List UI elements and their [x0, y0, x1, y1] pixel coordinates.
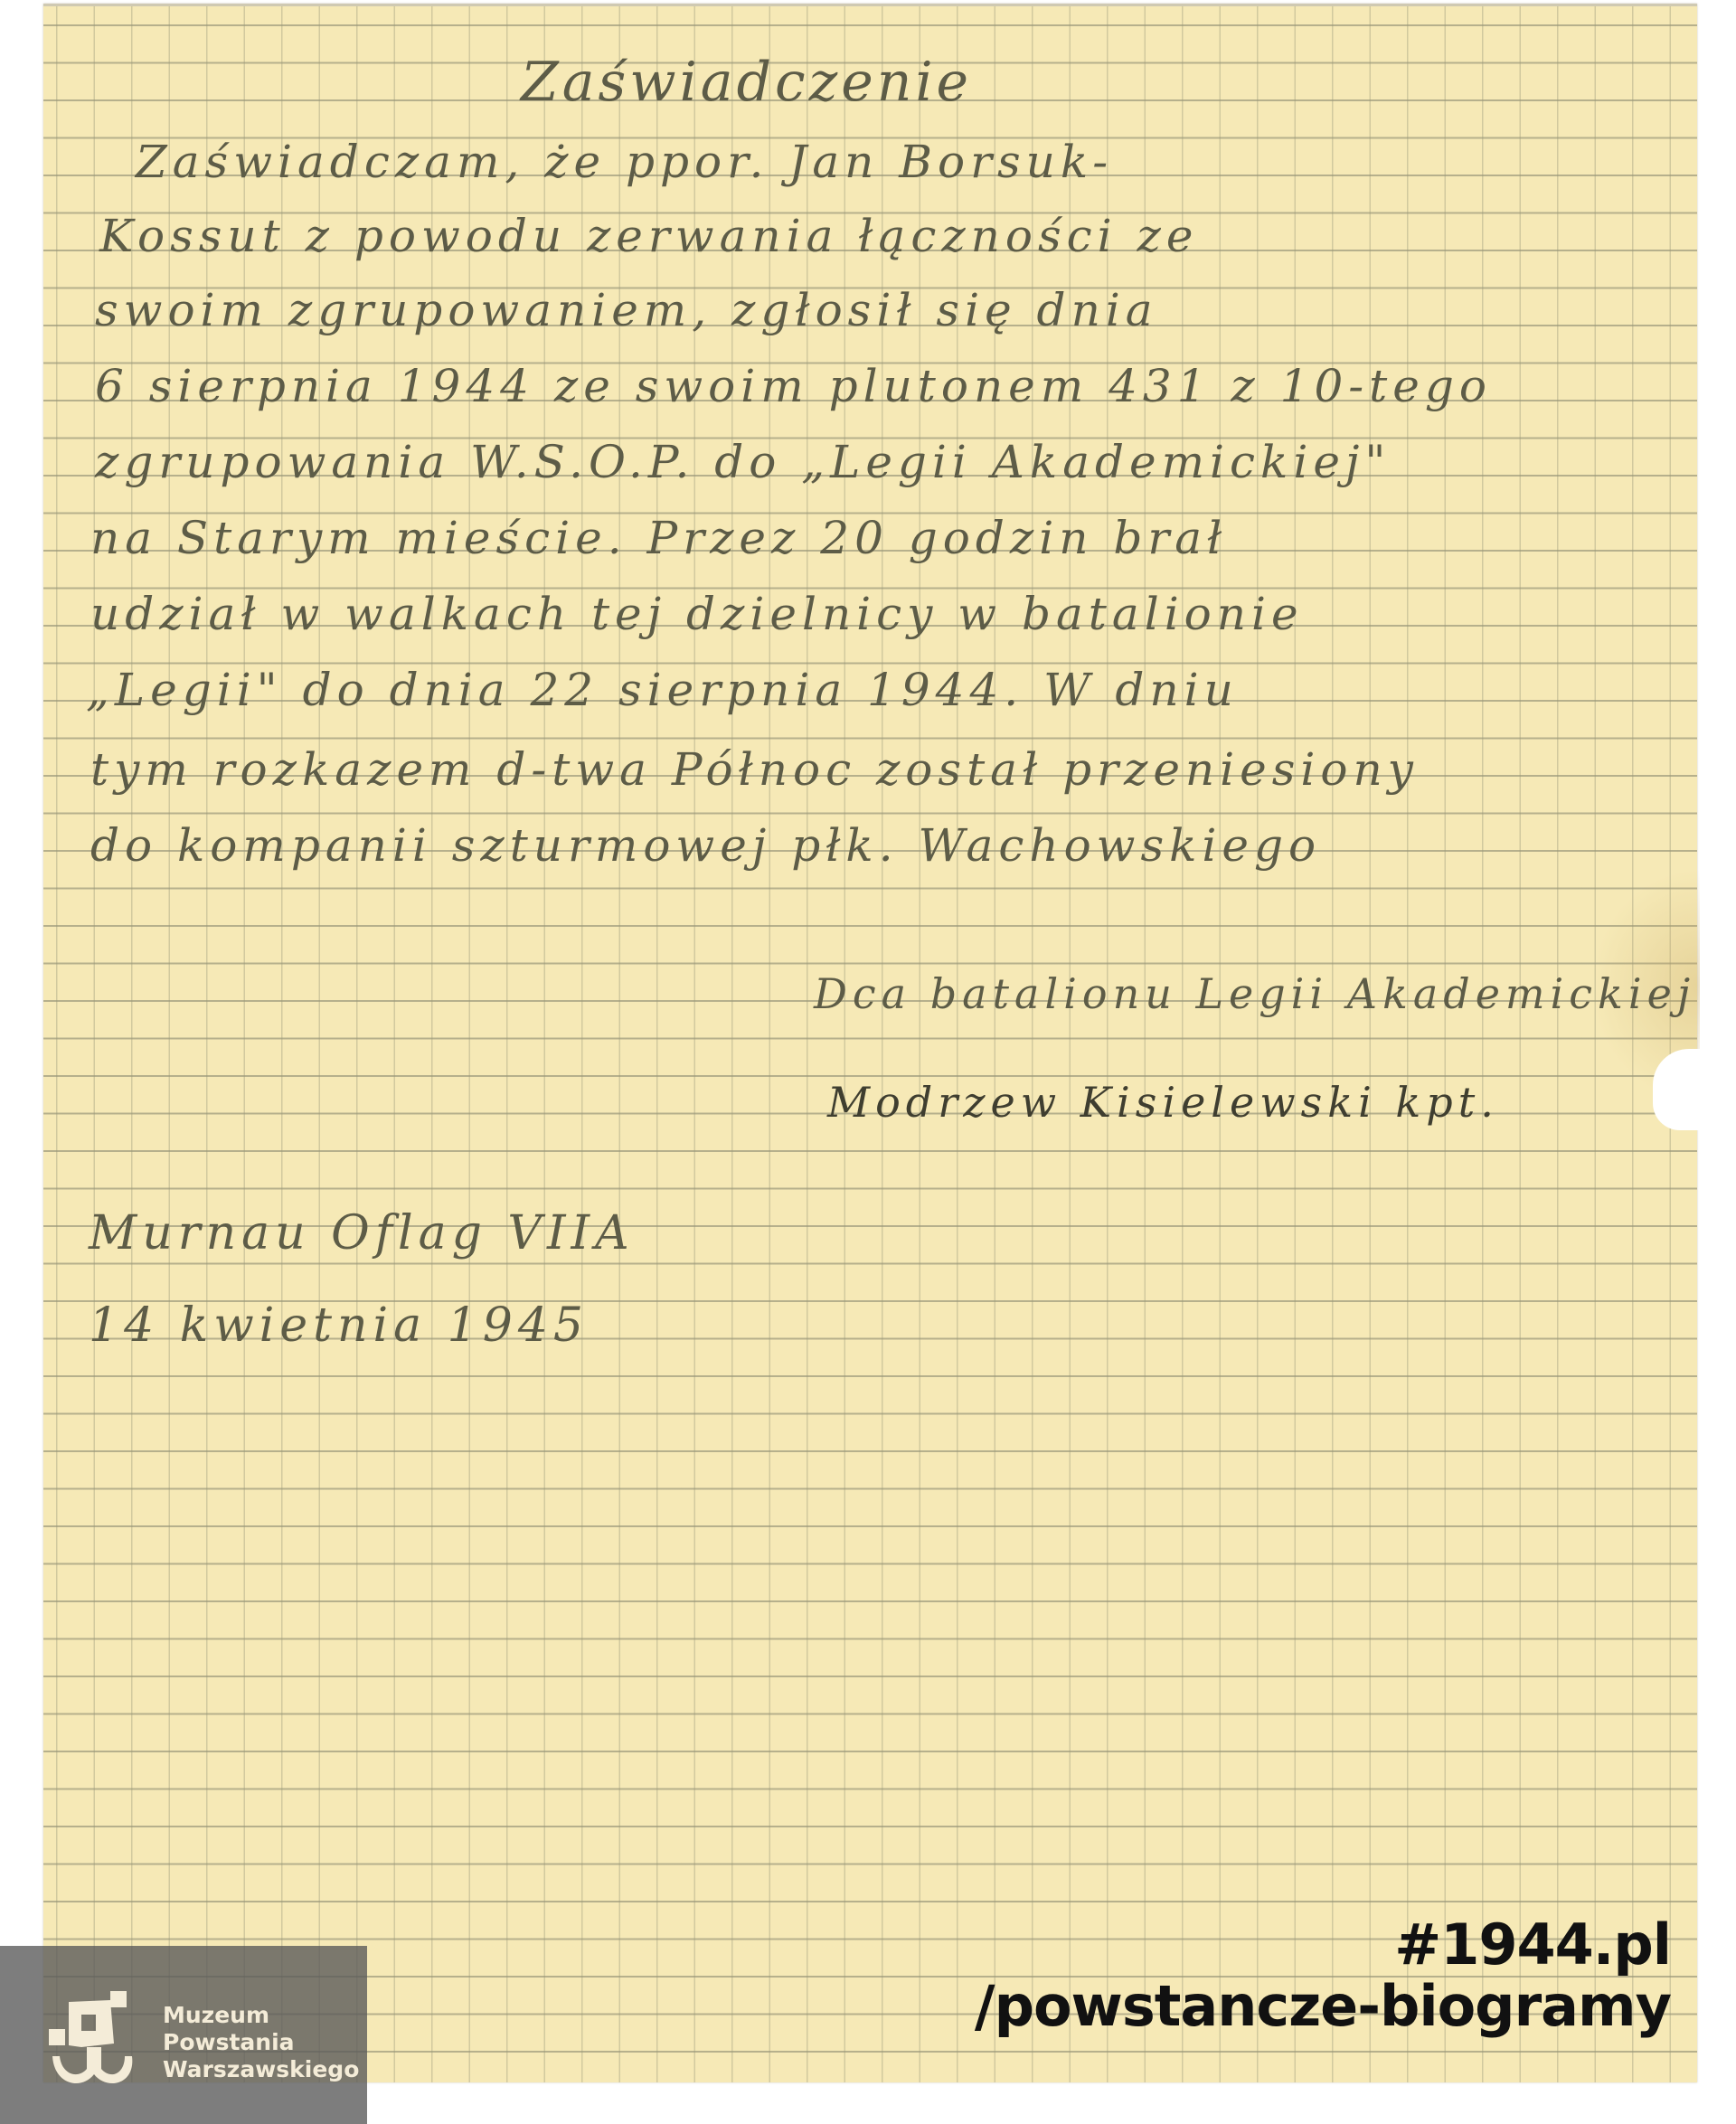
signature-title: Dca batalionu Legii Akademickiej: [814, 969, 1695, 1018]
logo-text-line-2: Powstania: [163, 2029, 359, 2056]
document-title: Zaświadczenie: [521, 51, 972, 114]
body-line-4: 6 sierpnia 1944 ze swoim plutonem 431 z …: [95, 360, 1492, 412]
body-line-8: „Legii" do dnia 22 sierpnia 1944. W dniu: [86, 664, 1239, 716]
body-line-3: swoim zgrupowaniem, zgłosił się dnia: [95, 284, 1158, 336]
signature-name: Modrzew Kisielewski kpt.: [827, 1078, 1499, 1127]
paper-tear: [1653, 1049, 1707, 1130]
body-line-9: tym rozkazem d-twa Północ został przenie…: [90, 743, 1419, 796]
path-watermark: /powstancze-biogramy: [975, 1973, 1671, 2039]
body-line-2: Kossut z powodu zerwania łączności ze: [99, 210, 1198, 262]
museum-logo: Muzeum Powstania Warszawskiego: [0, 1946, 367, 2124]
date-line: 14 kwietnia 1945: [89, 1298, 589, 1353]
body-line-7: udział w walkach tej dzielnicy w batalio…: [90, 588, 1304, 640]
logo-text-line-1: Muzeum: [163, 2002, 359, 2029]
body-line-6: na Starym mieście. Przez 20 godzin brał: [90, 512, 1227, 564]
body-line-5: zgrupowania W.S.O.P. do „Legii Akademick…: [95, 436, 1391, 488]
kotwica-anchor-icon: [45, 1991, 145, 2091]
body-line-1: Zaświadczam, że ppor. Jan Borsuk-: [136, 136, 1113, 188]
place-line: Murnau Oflag VIIA: [89, 1206, 635, 1260]
logo-text-line-3: Warszawskiego: [163, 2056, 359, 2083]
site-watermark: #1944.pl: [1394, 1912, 1671, 1978]
body-line-10: do kompanii szturmowej płk. Wachowskiego: [90, 819, 1321, 872]
